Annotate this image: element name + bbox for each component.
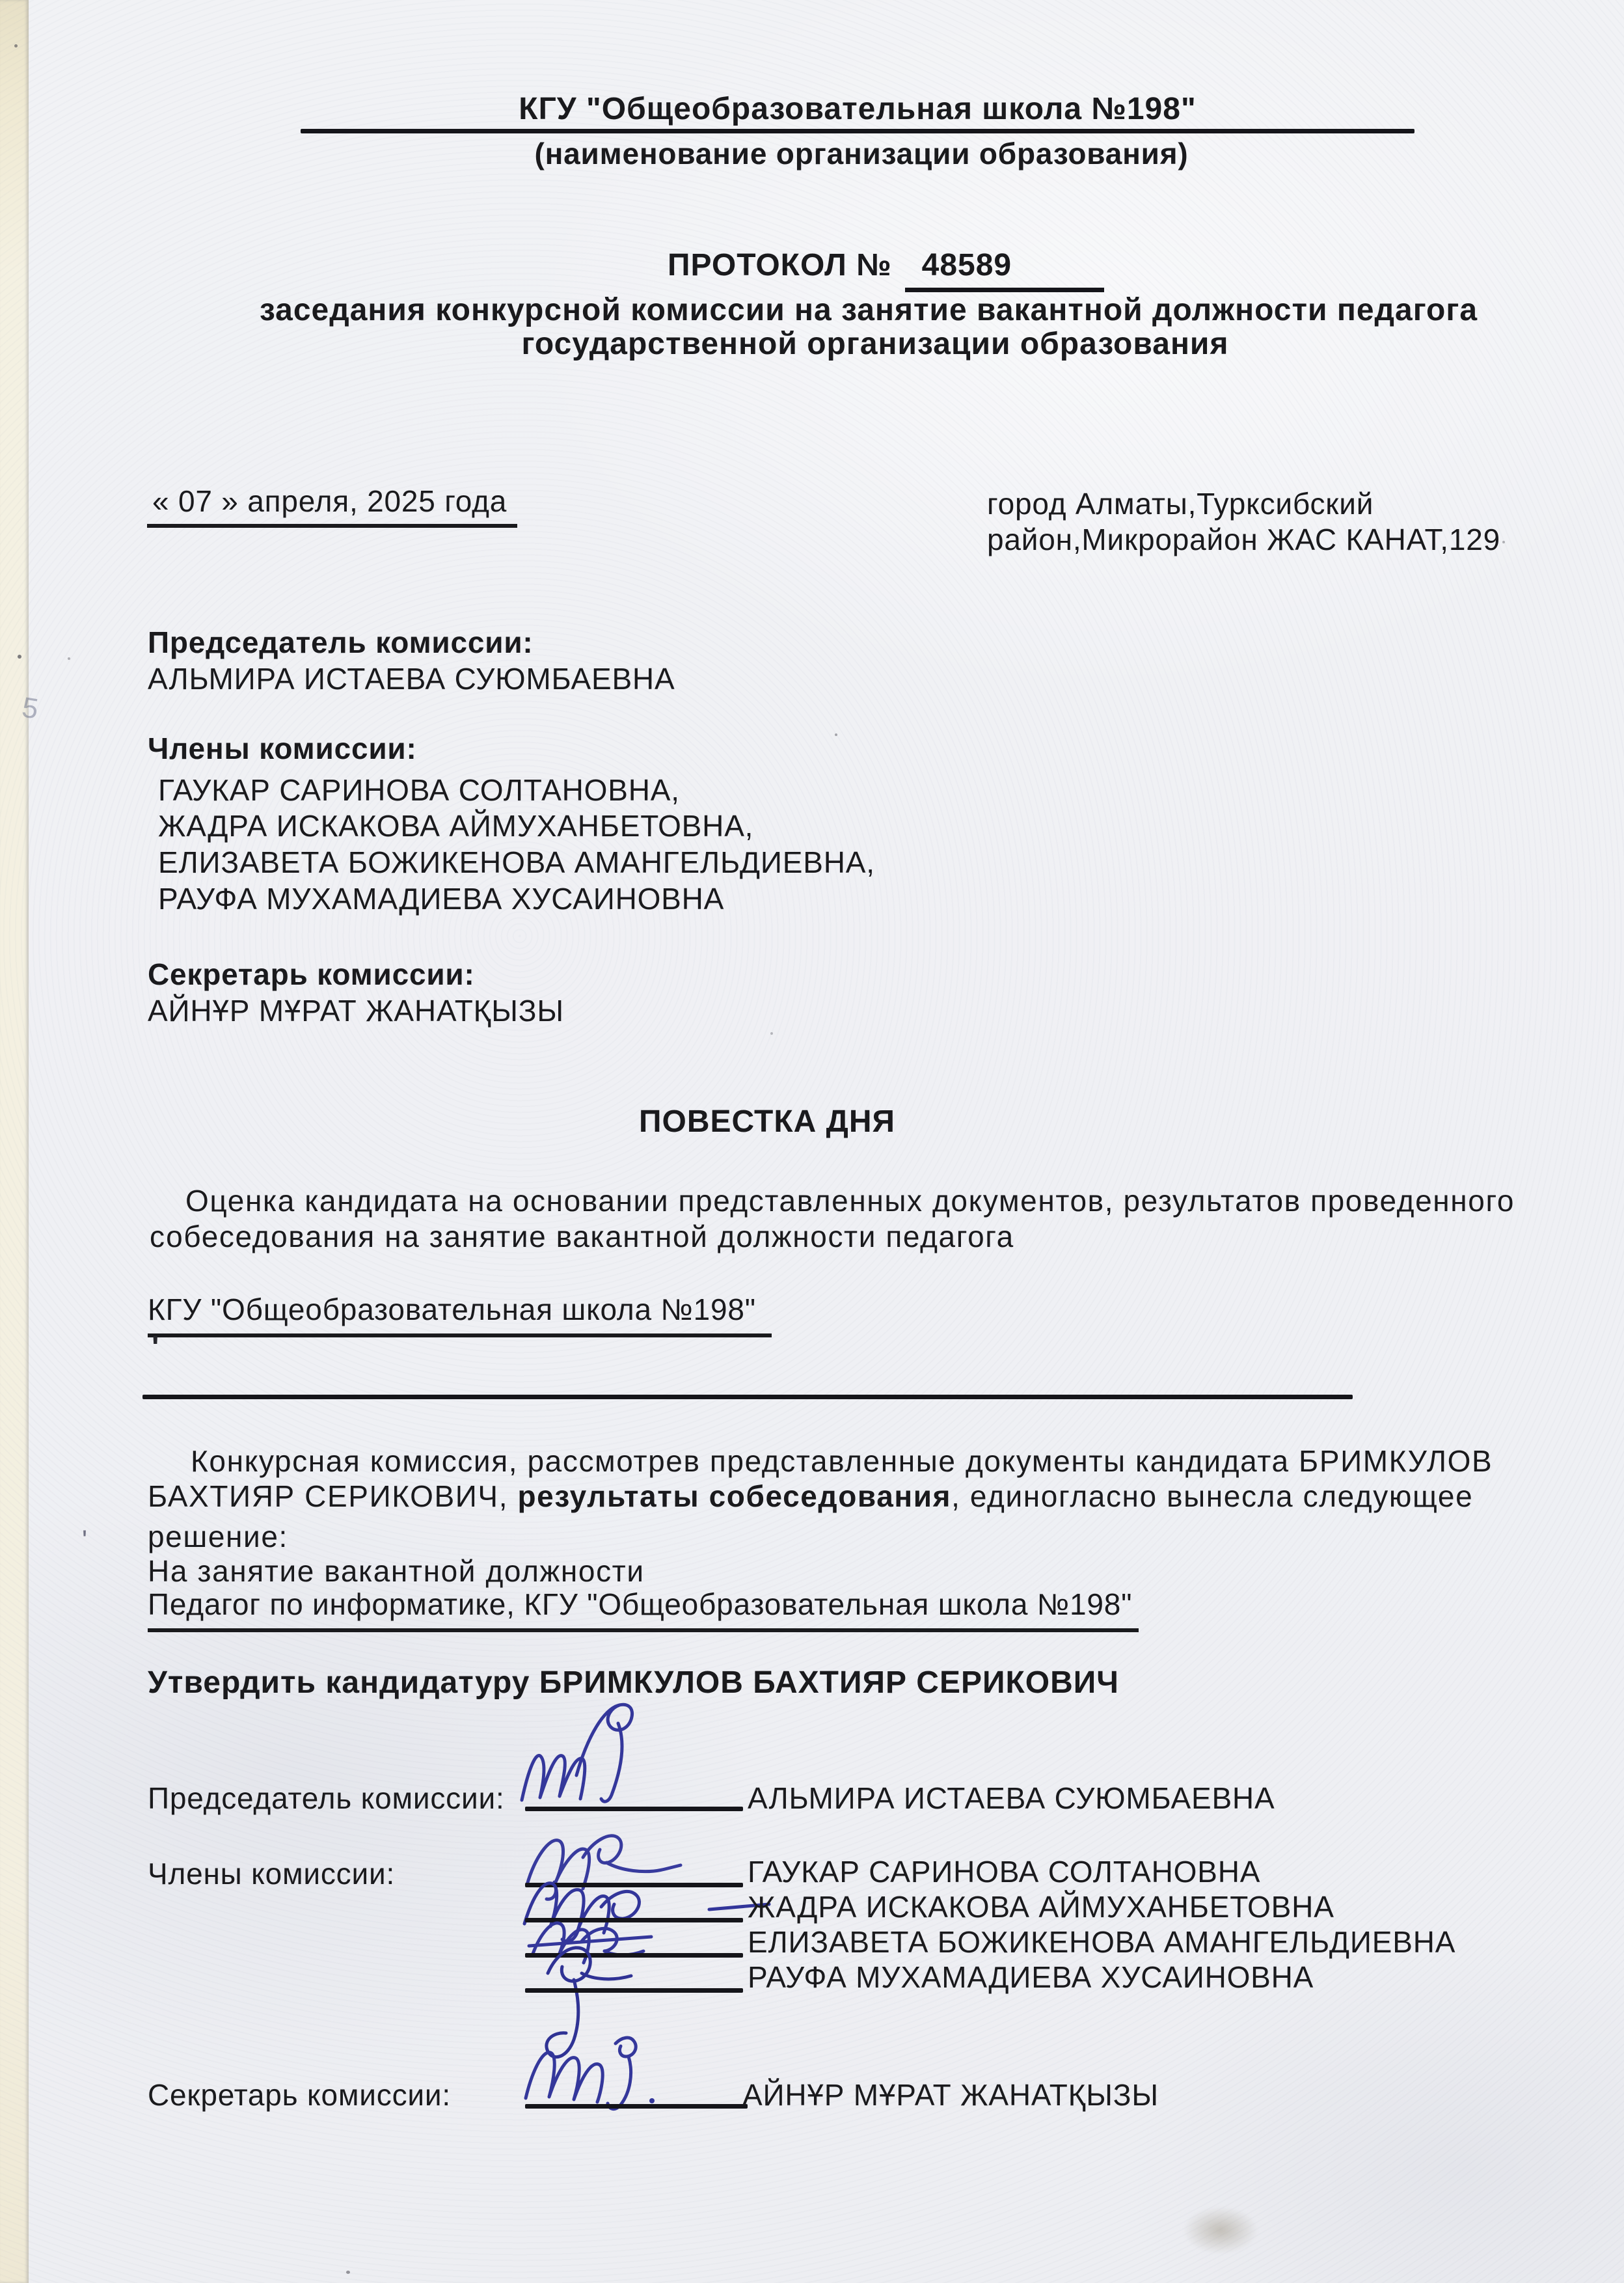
decision-line2: БАХТИЯР СЕРИКОВИЧ, результаты собеседова… bbox=[148, 1481, 1473, 1512]
member-name: ЖАДРА ИСКАКОВА АЙМУХАНБЕТОВНА, bbox=[158, 810, 753, 842]
scan-speck bbox=[1502, 541, 1505, 543]
protocol-subtitle-line2: государственной организации образования bbox=[522, 328, 1229, 361]
chairman-signature-line bbox=[525, 1807, 743, 1811]
org-name-underline bbox=[301, 129, 1414, 133]
decision-line2-b: , единогласно вынесла следующее bbox=[951, 1479, 1473, 1513]
signature-member-name: ГАУКАР САРИНОВА СОЛТАНОВНА bbox=[748, 1856, 1260, 1888]
decision-line3: решение: bbox=[148, 1521, 288, 1553]
member-signature-line bbox=[525, 1918, 743, 1922]
location-line2: район,Микрорайон ЖАС КАНАТ,129 bbox=[987, 524, 1500, 556]
approve-line: Утвердить кандидатуру БРИМКУЛОВ БАХТИЯР … bbox=[148, 1667, 1119, 1700]
chairman-signature-ink bbox=[513, 1697, 682, 1814]
signature-member-name: ЖАДРА ИСКАКОВА АЙМУХАНБЕТОВНА bbox=[748, 1891, 1334, 1923]
protocol-number: 48589 bbox=[905, 249, 1104, 292]
signature-members-label: Члены комиссии: bbox=[148, 1858, 395, 1890]
scan-speck bbox=[346, 2271, 350, 2274]
scan-speck bbox=[835, 733, 837, 736]
scan-speck bbox=[68, 657, 70, 660]
agenda-school-line: КГУ "Общеобразовательная школа №198" bbox=[148, 1294, 772, 1337]
signature-member-name: РАУФА МУХАМАДИЕВА ХУСАИНОВНА bbox=[748, 1962, 1314, 1993]
secretary-name: АЙНҰР МҰРАТ ЖАНАТҚЫЗЫ bbox=[148, 995, 564, 1027]
agenda-paragraph-line2: собеседования на занятие вакантной должн… bbox=[150, 1221, 1014, 1253]
secretary-signature-line bbox=[525, 2104, 748, 2109]
scan-speck bbox=[18, 655, 21, 659]
scanner-edge-strip bbox=[0, 0, 29, 2283]
org-name-heading: КГУ "Общеобразовательная школа №198" bbox=[519, 93, 1196, 126]
protocol-date: « 07 » апреля, 2025 года bbox=[147, 485, 517, 528]
signature-chairman-label: Председатель комиссии: bbox=[148, 1783, 505, 1814]
member-signature-line bbox=[525, 1988, 743, 1993]
signature-secretary-label: Секретарь комиссии: bbox=[148, 2079, 451, 2111]
member-signature-ink bbox=[524, 1906, 680, 1971]
scan-speck bbox=[14, 44, 18, 48]
secretary-label: Секретарь комиссии: bbox=[148, 959, 475, 991]
scan-speck bbox=[770, 1032, 773, 1035]
stray-apostrophe-mark: ' bbox=[152, 1332, 159, 1365]
decision-line2-bold: результаты собеседования bbox=[517, 1479, 951, 1513]
org-caption: (наименование организации образования) bbox=[534, 138, 1188, 170]
agenda-paragraph-line1: Оценка кандидата на основании представле… bbox=[185, 1185, 1515, 1217]
member-name: ЕЛИЗАВЕТА БОЖИКЕНОВА АМАНГЕЛЬДИЕВНА, bbox=[158, 847, 875, 879]
member-name: ГАУКАР САРИНОВА СОЛТАНОВНА, bbox=[158, 774, 680, 806]
decision-position-line: Педагог по информатике, КГУ "Общеобразов… bbox=[148, 1589, 1139, 1632]
stray-comma-mark: ' bbox=[82, 1525, 87, 1555]
separator-line bbox=[142, 1395, 1353, 1399]
scan-speck bbox=[448, 1690, 450, 1693]
member-signature-line bbox=[525, 1953, 743, 1958]
decision-line2-a: БАХТИЯР СЕРИКОВИЧ, bbox=[148, 1479, 517, 1513]
signature-secretary-name: АЙНҰР МҰРАТ ЖАНАТҚЫЗЫ bbox=[742, 2079, 1159, 2111]
chairman-label: Председатель комиссии: bbox=[148, 627, 534, 659]
protocol-title-row: ПРОТОКОЛ № 48589 bbox=[668, 249, 1104, 292]
location-line1: город Алматы,Турксибский bbox=[987, 488, 1374, 520]
members-label: Члены комиссии: bbox=[148, 733, 417, 765]
signature-member-name: ЕЛИЗАВЕТА БОЖИКЕНОВА АМАНГЕЛЬДИЕВНА bbox=[748, 1926, 1455, 1958]
paper-smudge bbox=[1183, 2206, 1258, 2254]
decision-line4: На занятие вакантной должности bbox=[148, 1555, 645, 1587]
protocol-subtitle-line1: заседания конкурсной комиссии на занятие… bbox=[260, 294, 1478, 327]
agenda-title: ПОВЕСТКА ДНЯ bbox=[639, 1106, 895, 1139]
member-signature-ink bbox=[515, 1812, 697, 1903]
decision-line1: Конкурсная комиссия, рассмотрев представ… bbox=[191, 1445, 1493, 1477]
protocol-label: ПРОТОКОЛ № bbox=[668, 249, 892, 282]
member-name: РАУФА МУХАМАДИЕВА ХУСАИНОВНА bbox=[158, 883, 724, 915]
scanned-protocol-page: КГУ "Общеобразовательная школа №198" (на… bbox=[0, 0, 1624, 2283]
chairman-name: АЛЬМИРА ИСТАЕВА СУЮМБАЕВНА bbox=[148, 663, 675, 695]
member-signature-ink bbox=[514, 1861, 774, 1946]
member-signature-line bbox=[525, 1883, 743, 1887]
signature-chairman-name: АЛЬМИРА ИСТАЕВА СУЮМБАЕВНА bbox=[748, 1783, 1275, 1814]
